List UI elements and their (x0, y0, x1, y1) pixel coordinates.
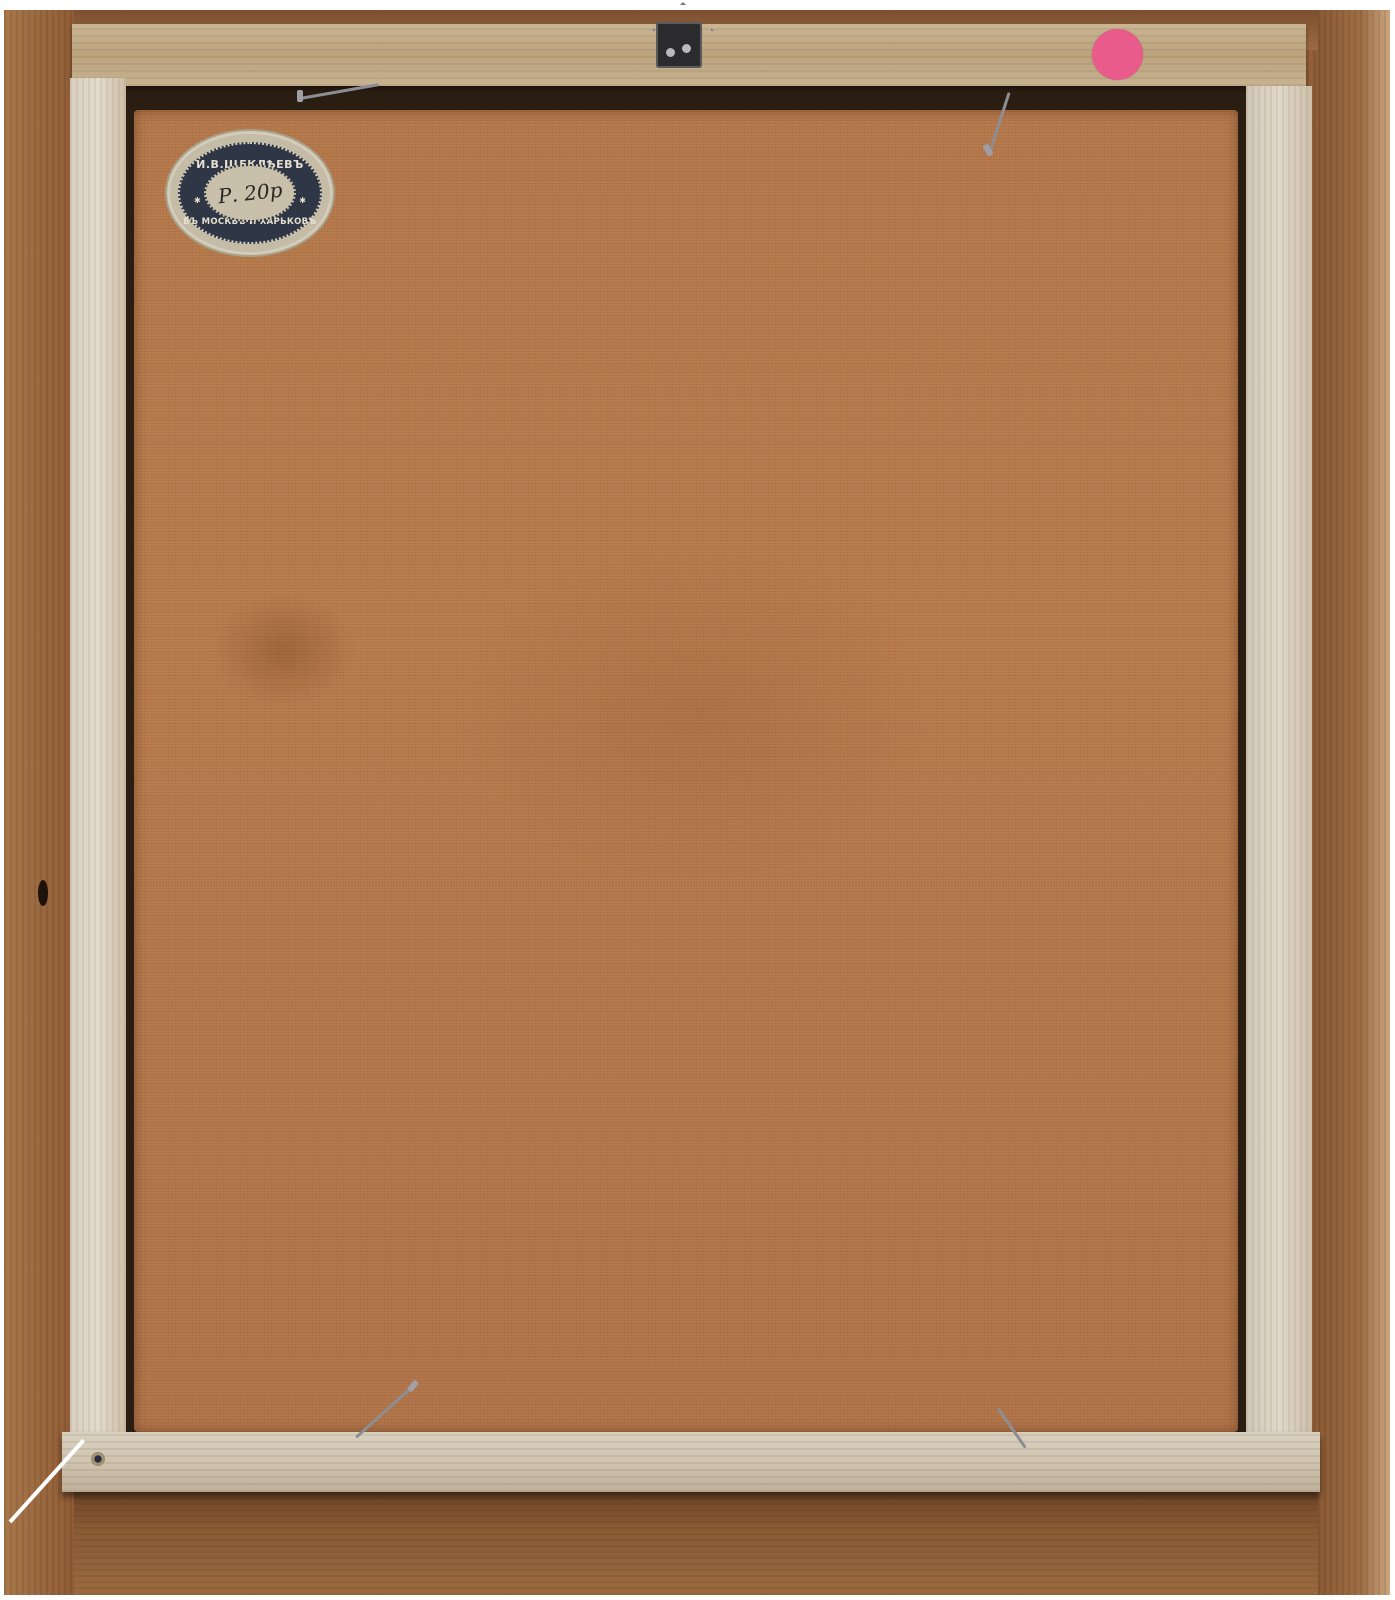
star-icon: ✱ (299, 196, 306, 205)
framed-panel-back: И.В.ЩЕКЛѢЕВЪ ✱ ✱ ВЪ МОСКВѢ И ХАРЬКОВЪ Р.… (0, 0, 1395, 1600)
star-icon: ✱ (194, 196, 201, 205)
frame-bevel-left (4, 10, 74, 1595)
stretcher-bar-left (70, 78, 126, 1434)
screw-eye-icon (91, 1452, 105, 1466)
nail-head-icon (297, 90, 303, 102)
maker-label: И.В.ЩЕКЛѢЕВЪ ✱ ✱ ВЪ МОСКВѢ И ХАРЬКОВЪ Р.… (170, 134, 330, 252)
velvet-backing-panel (134, 110, 1238, 1432)
stretcher-bar-bottom (62, 1432, 1320, 1492)
frame-bevel-bottom (4, 1485, 1390, 1595)
hanger-plate-icon (656, 22, 702, 68)
screw-icon (682, 44, 691, 53)
frame-bevel-right (1318, 10, 1390, 1595)
stretcher-bar-right (1246, 86, 1312, 1436)
handwritten-price: Р. 20р (217, 178, 284, 209)
pink-dot-sticker (1092, 29, 1143, 80)
screw-icon (666, 48, 675, 57)
knot-hole (38, 880, 48, 906)
label-center: Р. 20р (204, 164, 296, 222)
